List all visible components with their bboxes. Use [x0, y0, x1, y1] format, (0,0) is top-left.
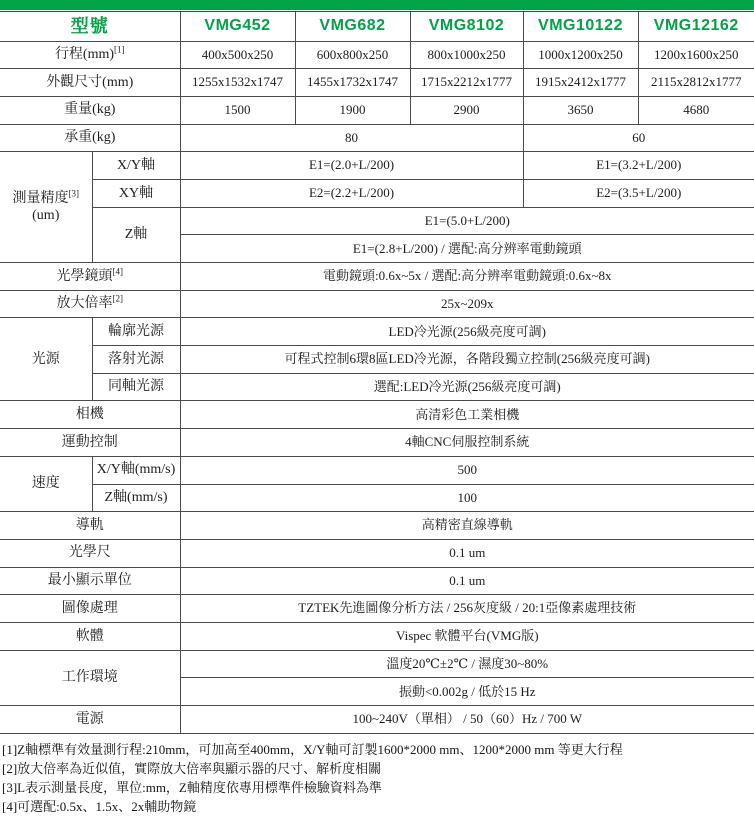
light-coaxial-label: 同軸光源	[92, 373, 180, 401]
row-power: 電源 100~240V（單相） / 50（60）Hz / 700 W	[0, 706, 754, 734]
row-dimension: 外觀尺寸(mm) 1255x1532x1747 1455x1732x1747 1…	[0, 69, 754, 97]
speed-xy-label: X/Y軸(mm/s)	[92, 456, 180, 484]
software-label: 軟體	[0, 622, 180, 650]
motion-value: 4軸CNC伺服控制系統	[180, 429, 754, 457]
row-guide: 導軌 高精密直線導軌	[0, 512, 754, 540]
row-image-processing: 圖像處理 TZTEK先進圖像分析方法 / 256灰度級 / 20:1亞像素處理技…	[0, 595, 754, 623]
accuracy-z-label: Z軸	[92, 207, 180, 262]
header-row: 型號 VMG452 VMG682 VMG8102 VMG10122 VMG121…	[0, 12, 754, 42]
row-motion: 運動控制 4軸CNC伺服控制系統	[0, 429, 754, 457]
guide-label: 導軌	[0, 512, 180, 540]
min-display-value: 0.1 um	[180, 567, 754, 595]
software-value: Vispec 軟體平台(VMG版)	[180, 622, 754, 650]
camera-label: 相機	[0, 401, 180, 429]
travel-footnote-ref: [1]	[114, 44, 125, 54]
accuracy-xy-left: E2=(2.2+L/200)	[180, 179, 523, 207]
dimension-value: 2115x2812x1777	[638, 69, 754, 97]
row-scale: 光學尺 0.1 um	[0, 539, 754, 567]
row-travel: 行程(mm)[1] 400x500x250 600x800x250 800x10…	[0, 41, 754, 69]
accuracy-footnote-ref: [3]	[69, 188, 80, 198]
accuracy-label: 測量精度[3] (um)	[0, 152, 92, 263]
environment-label: 工作環境	[0, 650, 180, 705]
magnification-footnote-ref: [2]	[113, 294, 124, 304]
light-epi-label: 落射光源	[92, 346, 180, 374]
travel-value: 600x800x250	[295, 41, 410, 69]
light-contour-label: 輪廓光源	[92, 318, 180, 346]
row-environment-1: 工作環境 溫度20℃±2℃ / 濕度30~80%	[0, 650, 754, 678]
row-weight: 重量(kg) 1500 1900 2900 3650 4680	[0, 96, 754, 124]
magnification-label-text: 放大倍率	[57, 296, 113, 311]
image-processing-label: 圖像處理	[0, 595, 180, 623]
footnotes: [1]Z軸標準有效量測行程:210mm，可加高至400mm，X/Y軸可訂製160…	[0, 740, 754, 816]
travel-value: 800x1000x250	[410, 41, 523, 69]
model-header-vmg682: VMG682	[295, 12, 410, 42]
row-lens: 光學鏡頭[4] 電動鏡頭:0.6x~5x / 選配:高分辨率電動鏡頭:0.6x~…	[0, 263, 754, 291]
accuracy-xy-slash-label: X/Y軸	[92, 152, 180, 180]
accuracy-xy-slash-right: E1=(3.2+L/200)	[523, 152, 754, 180]
dimension-value: 1915x2412x1777	[523, 69, 638, 97]
row-speed-z: Z軸(mm/s) 100	[0, 484, 754, 512]
model-column-header: 型號	[0, 12, 180, 42]
dimension-value: 1715x2212x1777	[410, 69, 523, 97]
load-value-right: 60	[523, 124, 754, 152]
power-value: 100~240V（單相） / 50（60）Hz / 700 W	[180, 706, 754, 734]
lens-label: 光學鏡頭[4]	[0, 263, 180, 291]
light-coaxial-value: 選配:LED冷光源(256級亮度可調)	[180, 373, 754, 401]
camera-value: 高清彩色工業相機	[180, 401, 754, 429]
footnote-2: [2]放大倍率為近似值，實際放大倍率與顯示器的尺寸、解析度相關	[2, 759, 754, 778]
accuracy-z-value-2: E1=(2.8+L/200) / 選配:高分辨率電動鏡頭	[180, 235, 754, 263]
top-accent-bar	[0, 0, 754, 10]
motion-label: 運動控制	[0, 429, 180, 457]
row-magnification: 放大倍率[2] 25x~209x	[0, 290, 754, 318]
dimension-value: 1455x1732x1747	[295, 69, 410, 97]
lens-footnote-ref: [4]	[113, 266, 124, 276]
scale-label: 光學尺	[0, 539, 180, 567]
row-accuracy-xy-slash: 測量精度[3] (um) X/Y軸 E1=(2.0+L/200) E1=(3.2…	[0, 152, 754, 180]
weight-value: 1900	[295, 96, 410, 124]
row-min-display: 最小顯示單位 0.1 um	[0, 567, 754, 595]
row-load: 承重(kg) 80 60	[0, 124, 754, 152]
accuracy-unit: (um)	[3, 207, 89, 225]
speed-xy-value: 500	[180, 456, 754, 484]
speed-z-value: 100	[180, 484, 754, 512]
accuracy-xy-slash-left: E1=(2.0+L/200)	[180, 152, 523, 180]
travel-value: 1000x1200x250	[523, 41, 638, 69]
row-accuracy-xy: XY軸 E2=(2.2+L/200) E2=(3.5+L/200)	[0, 179, 754, 207]
weight-value: 4680	[638, 96, 754, 124]
lens-value: 電動鏡頭:0.6x~5x / 選配:高分辨率電動鏡頭:0.6x~8x	[180, 263, 754, 291]
travel-value: 1200x1600x250	[638, 41, 754, 69]
model-header-vmg10122: VMG10122	[523, 12, 638, 42]
travel-label: 行程(mm)[1]	[0, 41, 180, 69]
weight-label: 重量(kg)	[0, 96, 180, 124]
scale-value: 0.1 um	[180, 539, 754, 567]
weight-value: 2900	[410, 96, 523, 124]
accuracy-z-value-1: E1=(5.0+L/200)	[180, 207, 754, 235]
row-accuracy-z1: Z軸 E1=(5.0+L/200)	[0, 207, 754, 235]
row-camera: 相機 高清彩色工業相機	[0, 401, 754, 429]
weight-value: 3650	[523, 96, 638, 124]
travel-value: 400x500x250	[180, 41, 295, 69]
power-label: 電源	[0, 706, 180, 734]
load-value-left: 80	[180, 124, 523, 152]
weight-value: 1500	[180, 96, 295, 124]
light-label: 光源	[0, 318, 92, 401]
environment-value-1: 溫度20℃±2℃ / 濕度30~80%	[180, 650, 754, 678]
lens-label-text: 光學鏡頭	[57, 269, 113, 284]
model-header-vmg12162: VMG12162	[638, 12, 754, 42]
speed-label: 速度	[0, 456, 92, 511]
accuracy-label-text: 測量精度[3]	[3, 190, 89, 208]
spec-table: 型號 VMG452 VMG682 VMG8102 VMG10122 VMG121…	[0, 11, 754, 734]
light-epi-value: 可程式控制6環8區LED冷光源，各階段獨立控制(256級亮度可調)	[180, 346, 754, 374]
row-light-epi: 落射光源 可程式控制6環8區LED冷光源，各階段獨立控制(256級亮度可調)	[0, 346, 754, 374]
row-light-contour: 光源 輪廓光源 LED冷光源(256級亮度可調)	[0, 318, 754, 346]
magnification-value: 25x~209x	[180, 290, 754, 318]
speed-z-label: Z軸(mm/s)	[92, 484, 180, 512]
footnote-1: [1]Z軸標準有效量測行程:210mm，可加高至400mm，X/Y軸可訂製160…	[2, 740, 754, 759]
footnote-3: [3]L表示測量長度，單位:mm，Z軸精度依專用標準件檢驗資料為準	[2, 778, 754, 797]
magnification-label: 放大倍率[2]	[0, 290, 180, 318]
model-header-vmg452: VMG452	[180, 12, 295, 42]
min-display-label: 最小顯示單位	[0, 567, 180, 595]
load-label: 承重(kg)	[0, 124, 180, 152]
travel-label-text: 行程(mm)	[55, 47, 114, 62]
dimension-label: 外觀尺寸(mm)	[0, 69, 180, 97]
footnote-4: [4]可選配:0.5x、1.5x、2x輔助物鏡	[2, 797, 754, 816]
row-software: 軟體 Vispec 軟體平台(VMG版)	[0, 622, 754, 650]
model-header-vmg8102: VMG8102	[410, 12, 523, 42]
dimension-value: 1255x1532x1747	[180, 69, 295, 97]
image-processing-value: TZTEK先進圖像分析方法 / 256灰度級 / 20:1亞像素處理技術	[180, 595, 754, 623]
row-light-coaxial: 同軸光源 選配:LED冷光源(256級亮度可調)	[0, 373, 754, 401]
environment-value-2: 振動<0.002g / 低於15 Hz	[180, 678, 754, 706]
accuracy-xy-label: XY軸	[92, 179, 180, 207]
light-contour-value: LED冷光源(256級亮度可調)	[180, 318, 754, 346]
accuracy-label-main: 測量精度	[13, 191, 69, 206]
guide-value: 高精密直線導軌	[180, 512, 754, 540]
row-speed-xy: 速度 X/Y軸(mm/s) 500	[0, 456, 754, 484]
accuracy-xy-right: E2=(3.5+L/200)	[523, 179, 754, 207]
